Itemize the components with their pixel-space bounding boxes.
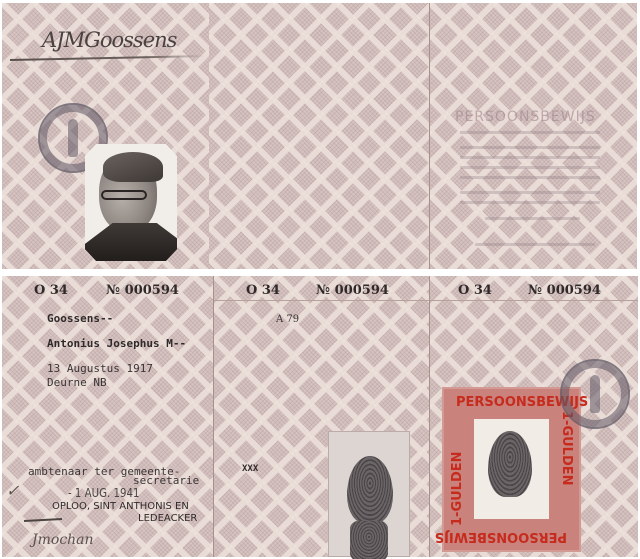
cover-inside-left-page: AJMGoossens — [2, 3, 209, 269]
faded-text-line — [460, 166, 600, 169]
seal-figure-icon — [68, 119, 78, 157]
card-number: № 000594 — [106, 283, 179, 298]
birth-date: 13 Augustus 1917 — [47, 362, 153, 375]
stamp-page: O 34 № 000594 PERSOONSBEWIJS 1-GULDEN PE… — [430, 276, 638, 557]
one-guilder-revenue-stamp: PERSOONSBEWIJS 1-GULDEN PERSOONSBEWIJS 1… — [444, 389, 579, 550]
typed-marks: XXX — [242, 463, 258, 476]
inside-middle-page — [209, 3, 430, 269]
given-names: Antonius Josephus M-- — [47, 337, 186, 350]
header-rule — [214, 300, 430, 301]
header-rule — [430, 300, 638, 301]
stamp-fingerprint-window — [474, 419, 549, 519]
portrait-photo — [85, 144, 177, 261]
issue-date-stamp: - 1 AUG. 1941 — [68, 486, 139, 500]
seal-figure-icon — [590, 375, 600, 413]
municipality-line2: LEDEACKER — [138, 513, 197, 524]
fingerprint-smudge — [350, 521, 388, 559]
serial-header: O 34 № 000594 — [2, 280, 214, 302]
fingerprint-page: O 34 № 000594 A 79 XXX — [214, 276, 430, 557]
check-mark-icon: ✓ — [6, 481, 19, 500]
card-number: № 000594 — [316, 283, 389, 298]
personal-details-page: O 34 № 000594 Goossens-- Antonius Joseph… — [2, 276, 214, 557]
faded-text-line — [460, 201, 600, 204]
faded-text-line — [460, 191, 600, 194]
pen-stroke — [24, 518, 62, 522]
official-signature: Jmochan — [32, 532, 94, 548]
faded-text-line — [460, 156, 600, 159]
photo-glasses — [101, 190, 147, 200]
surname: Goossens-- — [47, 312, 113, 325]
series-code: O 34 — [458, 283, 492, 298]
serial-header: O 34 № 000594 — [430, 280, 638, 302]
stamp-text-left: 1-GULDEN — [450, 451, 465, 526]
birth-place: Deurne NB — [47, 376, 107, 389]
faded-text-line — [460, 176, 600, 179]
stamp-text-right: 1-GULDEN — [559, 411, 574, 486]
municipal-seal-stamp — [560, 359, 630, 429]
stamp-text-bottom: PERSOONSBEWIJS — [435, 529, 567, 544]
faded-text-line — [485, 217, 580, 220]
faded-text-line — [460, 146, 600, 149]
series-code: O 34 — [246, 283, 280, 298]
faded-text-line — [475, 243, 595, 246]
cover-page: PERSOONSBEWIJS — [430, 3, 637, 269]
holder-signature: AJMGoossens — [42, 28, 176, 52]
annotation-code: A 79 — [276, 313, 299, 326]
cover-title: PERSOONSBEWIJS — [455, 109, 596, 125]
serial-header: O 34 № 000594 — [214, 280, 430, 302]
photo-hair — [103, 152, 163, 182]
series-code: O 34 — [34, 283, 68, 298]
photo-suit — [85, 223, 177, 261]
municipality-line1: OPLOO, SINT ANTHONIS EN — [52, 501, 189, 512]
fingerprint-right-index — [488, 431, 532, 497]
fingerprint-left-index — [347, 456, 393, 524]
official-title-line2: secretarie — [133, 474, 199, 487]
card-number: № 000594 — [528, 283, 601, 298]
faded-text-line — [460, 131, 600, 134]
signature-underline — [10, 55, 205, 61]
